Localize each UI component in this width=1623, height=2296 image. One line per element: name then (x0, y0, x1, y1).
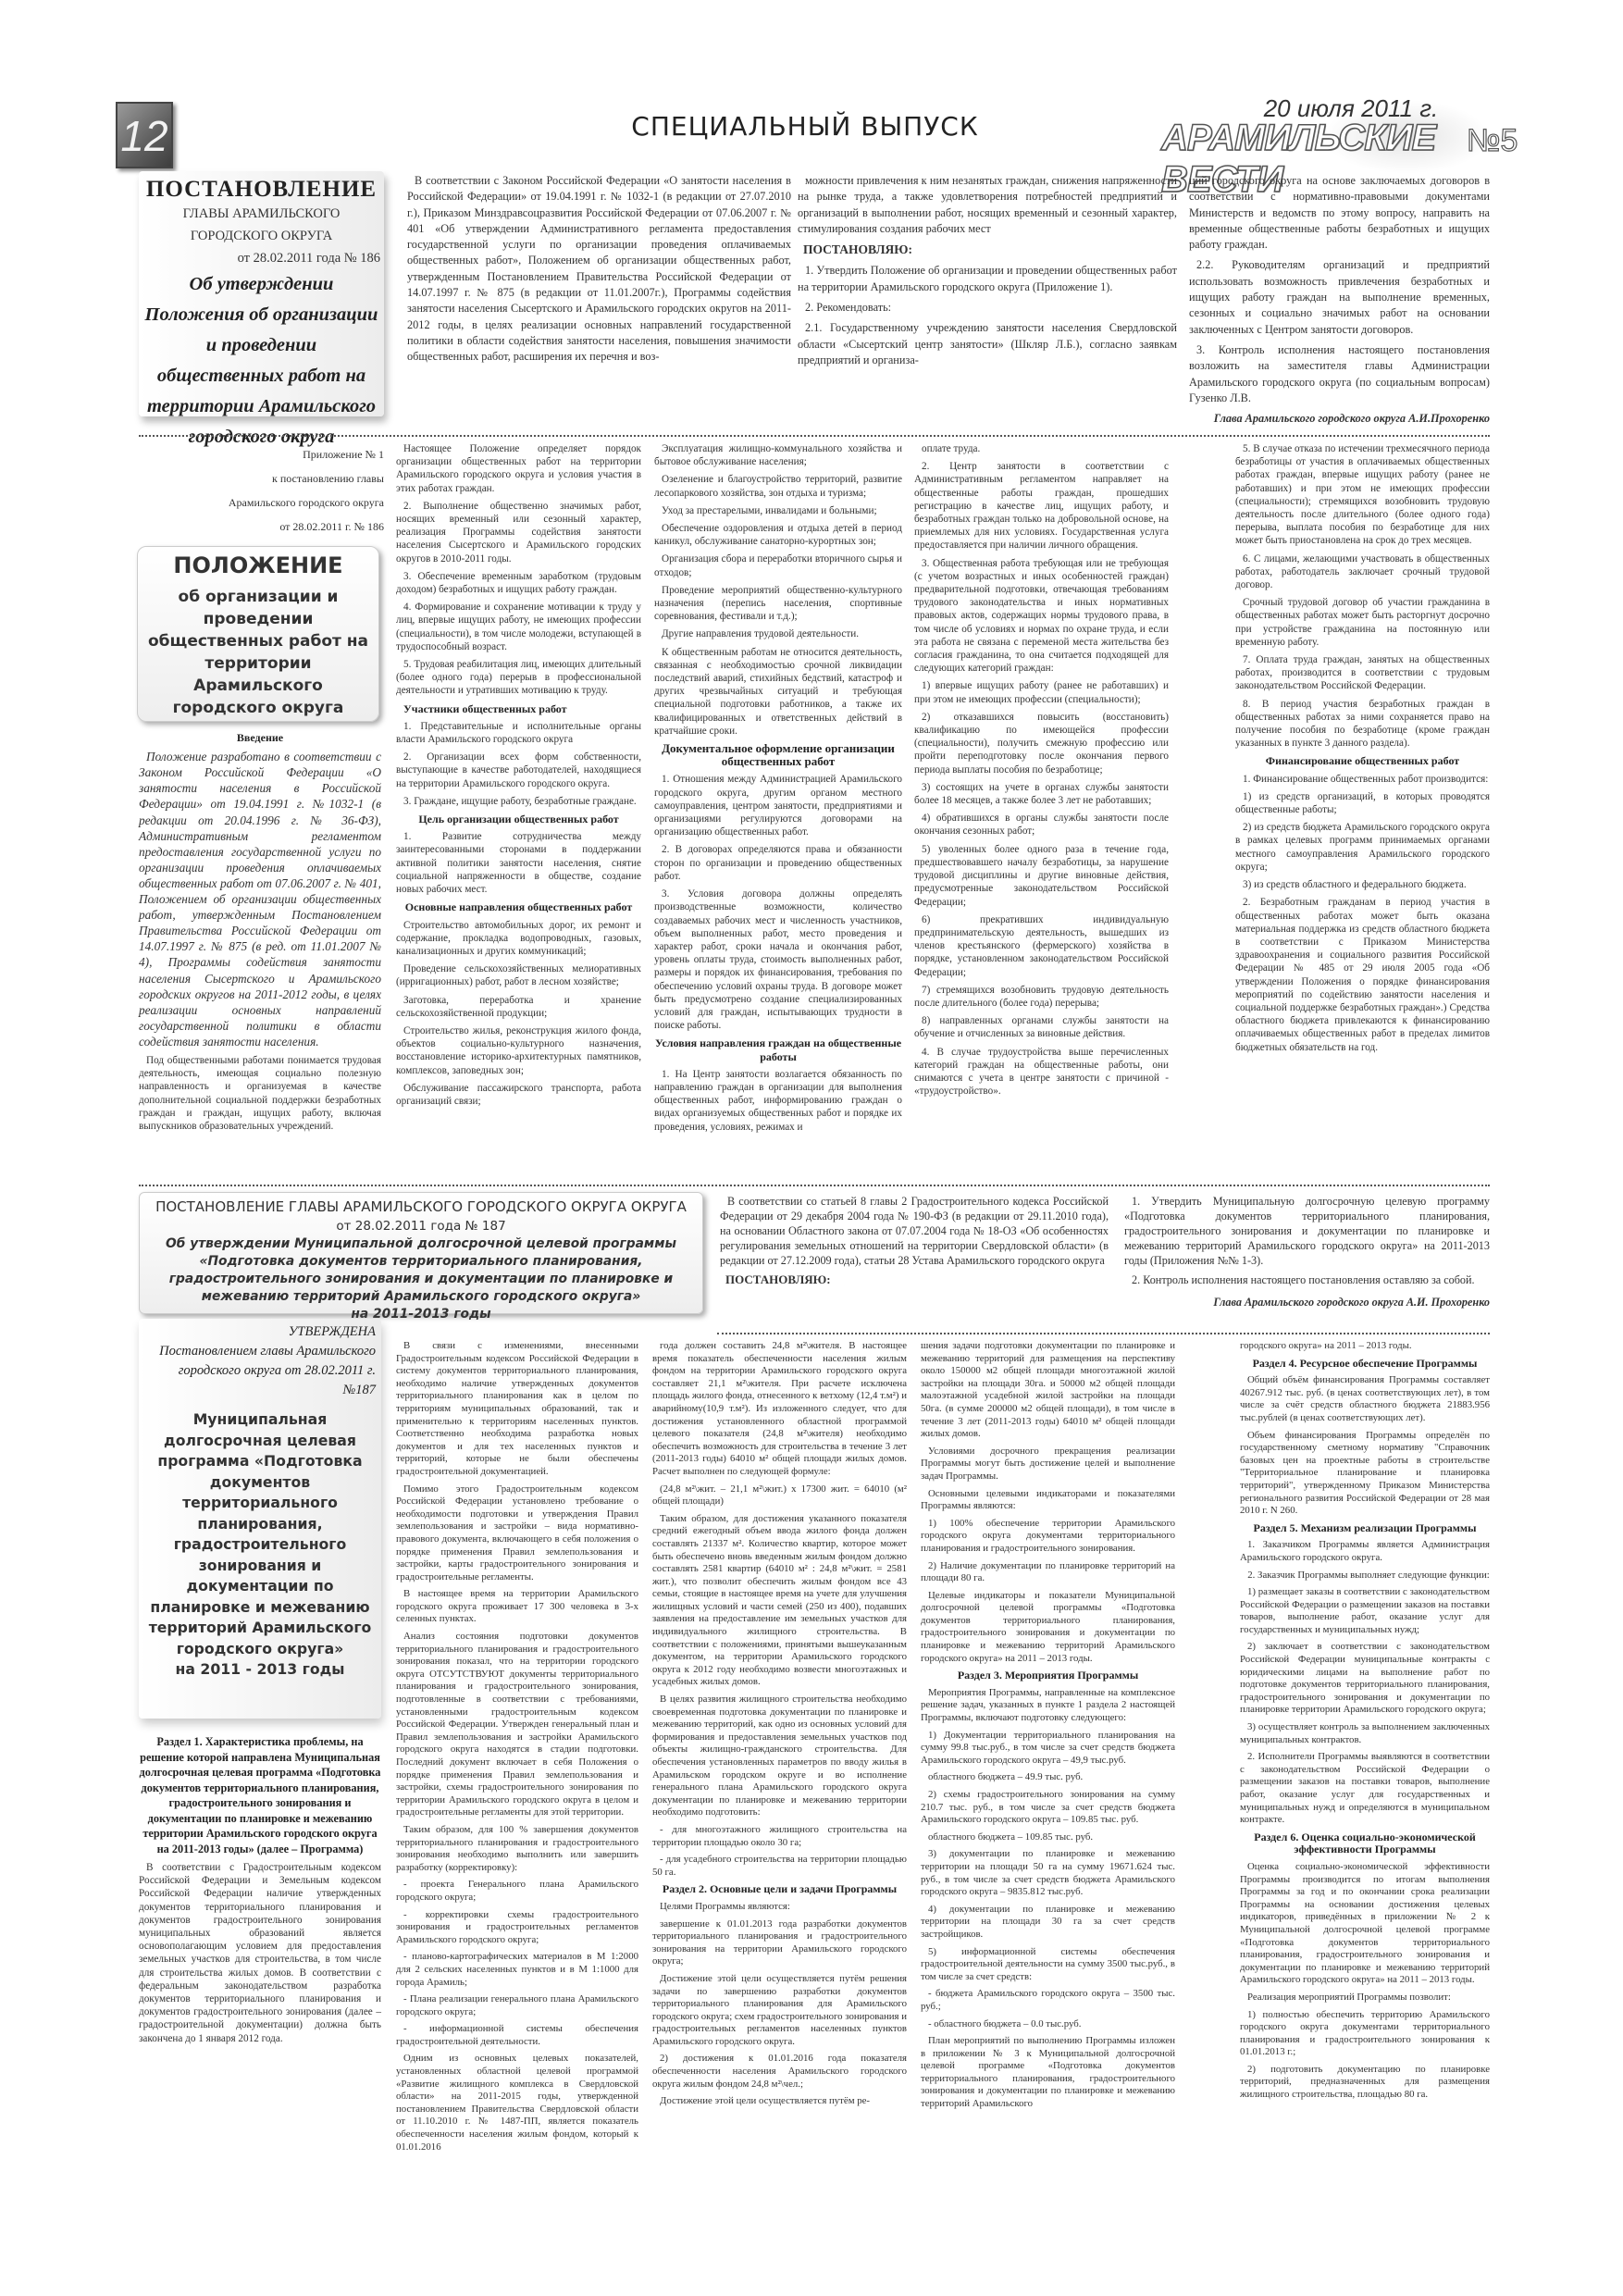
conditions-item: 1) впервые ищущих работу (ранее не работ… (914, 679, 1169, 705)
section-5-item: 2. Исполнители Программы выявляются в со… (1240, 1751, 1490, 1827)
directions-item: Обеспечение оздоровления и отдыха детей … (654, 522, 902, 548)
financing-item: 2. Безработным гражданам в период участи… (1235, 896, 1490, 1053)
conditions-item: 4. В случае трудоустройства выше перечис… (914, 1046, 1169, 1098)
decree-item-2-1-cont: ций городского округа на основе заключае… (1189, 173, 1490, 253)
section-2-item: Основными целевыми индикаторами и показа… (921, 1488, 1175, 1513)
goals-item: 4. Формирование и сохранение мотивации к… (396, 601, 641, 653)
directions-item: Уход за престарелыми, инвалидами и больн… (654, 504, 902, 517)
section-1-paragraph: - для усадебного строительства на террит… (652, 1854, 907, 1879)
section-3-heading: Раздел 3. Мероприятия Программы (921, 1669, 1175, 1682)
financing-item: 2) из средств бюджета Арамильского город… (1235, 821, 1490, 874)
decree-item-2: 2. Рекомендовать: (798, 300, 1177, 316)
participants-item: 3. Граждане, ищущие работу, безработные … (396, 795, 641, 808)
section-1-paragraph: - планово-картографических материалов в … (396, 1951, 638, 1989)
program-title: Муниципальная долгосрочная целевая прогр… (144, 1409, 376, 1659)
section-1-paragraph: В настоящее время на территории Арамильс… (396, 1588, 638, 1626)
section-1-paragraph: Анализ состояния подготовки документов т… (396, 1631, 638, 1819)
program-column-1: Раздел 1. Характеристика проблемы, на ре… (139, 1731, 381, 2050)
program-years: на 2011 - 2013 годы (144, 1659, 376, 1681)
documentation-item: 2. В договорах определяются права и обяз… (654, 843, 902, 883)
section-divider (717, 1333, 1490, 1334)
decree-issuer-line2: ГОРОДСКОГО ОКРУГА (142, 225, 380, 247)
section-1-paragraph: В целях развития жилищного строительства… (652, 1694, 907, 1819)
section-2-item: завершение к 01.01.2013 года разработки … (652, 1918, 907, 1968)
program-column-4: шения задачи подготовки документации по … (921, 1340, 1175, 2116)
issue-number: №5 (1467, 123, 1518, 159)
program-title-box: УТВЕРЖДЕНА Постановлением главы Арамильс… (139, 1319, 381, 1719)
appendix-column-4: оплате труда. 2. Центр занятости в соотв… (914, 442, 1169, 1102)
section-3-item: - бюджета Арамильского городского округа… (921, 1988, 1175, 2013)
documentation-item: 1. Отношения между Администрацией Арамил… (654, 773, 902, 838)
decree-187-resolve: ПОСТАНОВЛЯЮ: (725, 1272, 1109, 1287)
section-3-item: областного бюджета – 109.85 тыс. руб. (921, 1831, 1175, 1844)
documentation-item: 3. Условия договора должны определять пр… (654, 887, 902, 1032)
regulation-title: ПОЛОЖЕНИЕ (143, 551, 373, 580)
section-6-item: 1) полностью обеспечить территорию Арами… (1240, 2009, 1490, 2059)
conditions-item: 6. С лицами, желающими участвовать в общ… (1235, 552, 1490, 592)
goals-item: 5. Трудовая реабилитация лиц, имеющих дл… (396, 658, 641, 698)
section-1-paragraph: - информационной системы обеспечения гра… (396, 2023, 638, 2048)
goals-item: 2. Выполнение общественно значимых работ… (396, 500, 641, 565)
directions-item: Организация сбора и переработки вторично… (654, 552, 902, 578)
decree-heading: ПОСТАНОВЛЕНИЕ (142, 177, 380, 203)
decree-187-date: от 28.02.2011 года № 187 (147, 1217, 695, 1235)
participants-item: 1. Представительные и исполнительные орг… (396, 720, 641, 746)
section-2-item: Достижение этой цели осуществляется путё… (652, 2095, 907, 2108)
decree-187-item-2: 2. Контроль исполнения настоящего постан… (1124, 1272, 1490, 1287)
appendix-ref-line2: к постановлению главы (148, 466, 384, 490)
directions-item: Заготовка, переработка и хранение сельск… (396, 994, 641, 1020)
section-1-paragraph: Одним из основных целевых показателей, у… (396, 2053, 638, 2153)
section-4-heading: Раздел 4. Ресурсное обеспечение Программ… (1240, 1358, 1490, 1371)
program-approved-by: Постановлением главы Арамильского городс… (144, 1342, 376, 1400)
intro-italic-text: Положение разработано в соответствии с З… (139, 749, 381, 1049)
appendix-column-3: Эксплуатация жилищно-коммунального хозяй… (654, 442, 902, 1138)
financing-item: 1) из средств организаций, в которых про… (1235, 790, 1490, 816)
section-6-item: Реализация мероприятий Программы позволи… (1240, 1992, 1490, 2004)
conditions-item: 5) уволенных более одного раза в течение… (914, 843, 1169, 909)
decree-issuer-line1: ГЛАВЫ АРАМИЛЬСКОГО (142, 203, 380, 225)
section-2-item: 2) достижения к 01.01.2016 года показате… (652, 2053, 907, 2091)
conditions-item: 4) обратившихся в органы службы занятост… (914, 812, 1169, 838)
decree-187-heading: ПОСТАНОВЛЕНИЕ ГЛАВЫ АРАМИЛЬСКОГО ГОРОДСК… (147, 1197, 695, 1217)
section-1-heading: Раздел 1. Характеристика проблемы, на ре… (139, 1734, 381, 1856)
decree-187-preamble: В соответствии со статьей 8 главы 2 Град… (720, 1194, 1109, 1268)
section-3-cont: городского округа» на 2011 – 2013 годы. (1240, 1340, 1490, 1353)
decree-187-preamble-column: В соответствии со статьей 8 главы 2 Град… (720, 1194, 1109, 1292)
decree-187-title: Об утверждении Муниципальной долгосрочно… (147, 1235, 695, 1306)
directions-item: Другие направления трудовой деятельности… (654, 627, 902, 640)
section-1-paragraph: В связи с изменениями, внесенными Градос… (396, 1340, 638, 1479)
participants-item: 2. Организации всех форм собственности, … (396, 751, 641, 790)
decree-187-signature: Глава Арамильского городского округа А.И… (1124, 1295, 1490, 1309)
appendix-column-5: 5. В случае отказа по истечении трехмеся… (1235, 442, 1490, 1059)
section-1-paragraph: Помимо этого Градостроительным кодексом … (396, 1483, 638, 1584)
decree-item-2-1: 2.1. Государственному учреждению занятос… (798, 320, 1177, 368)
section-2-item: Достижение этой цели осуществляется путё… (652, 1973, 907, 2049)
directions-item: Озеленение и благоустройство территорий,… (654, 473, 902, 499)
section-6-heading: Раздел 6. Оценка социально-экономической… (1240, 1831, 1490, 1856)
directions-item: Строительство автомобильных дорог, их ре… (396, 919, 641, 959)
intro-heading: Введение (139, 731, 381, 744)
appendix-ref-line3: Арамильского городского округа (148, 490, 384, 515)
financing-item: 1. Финансирование общественных работ про… (1235, 773, 1490, 786)
decree-preamble-cont: можности привлечения к ним незанятых гра… (798, 173, 1177, 237)
conditions-item: Срочный трудовой договор об участии граж… (1235, 596, 1490, 649)
participants-heading: Участники общественных работ (403, 702, 641, 715)
decree-title: Об утверждении Положения об организации … (142, 269, 380, 453)
decree-signature: Глава Арамильского городского округа А.И… (1189, 411, 1490, 427)
appendix-reference: Приложение № 1 к постановлению главы Ара… (148, 442, 384, 539)
program-approved: УТВЕРЖДЕНА (144, 1322, 376, 1342)
conditions-item: 8. В период участия безработных граждан … (1235, 698, 1490, 751)
directions-item: Проведение сельскохозяйственных мелиорат… (396, 962, 641, 988)
regulation-title-box: ПОЛОЖЕНИЕ об организации и проведении об… (137, 546, 379, 722)
section-2-item: Целями Программы являются: (652, 1901, 907, 1914)
section-5-item: 2. Заказчик Программы выполняет следующи… (1240, 1570, 1490, 1582)
directions-item: Обслуживание пассажирского транспорта, р… (396, 1082, 641, 1108)
decree-item-1: 1. Утвердить Положение об организации и … (798, 263, 1177, 295)
conditions-item: 5. В случае отказа по истечении трехмеся… (1235, 442, 1490, 548)
directions-exclusion: К общественным работам не относится деят… (654, 646, 902, 738)
section-3-item: - областного бюджета – 0.0 тыс.руб. (921, 2018, 1175, 2031)
decree-186-header-box: ПОСТАНОВЛЕНИЕ ГЛАВЫ АРАМИЛЬСКОГО ГОРОДСК… (139, 171, 384, 416)
section-6-item: 2) подготовить документацию по планировк… (1240, 2064, 1490, 2102)
section-divider (139, 435, 1490, 437)
decree-preamble: В соответствии с Законом Российской Феде… (407, 173, 791, 366)
decree-186-column-3: ций городского округа на основе заключае… (1189, 173, 1490, 431)
section-divider (139, 1185, 1490, 1186)
decree-187-item-1: 1. Утвердить Муниципальную долгосрочную … (1124, 1194, 1490, 1268)
conditions-item: 6) прекративших индивидуальную предприни… (914, 913, 1169, 979)
section-3-item: 5) информационной системы обеспечения гр… (921, 1946, 1175, 1984)
section-5-item: 1) размещает заказы в соответствии с зак… (1240, 1586, 1490, 1636)
section-3-item: 1) Документации территориального планиро… (921, 1730, 1175, 1768)
page-number: 12 (116, 102, 173, 168)
conditions-item: 3. Общественная работа требующая или не … (914, 557, 1169, 676)
section-1-paragraph: - Плана реализации генерального плана Ар… (396, 1993, 638, 2018)
section-5-item: 3) осуществляет контроль за выполнением … (1240, 1721, 1490, 1746)
goals-item: Настоящее Положение определяет порядок о… (396, 442, 641, 495)
section-5-item: 2) заключает в соответствии с законодате… (1240, 1641, 1490, 1717)
housing-formula: (24,8 м²\жит. – 21,1 м²\жит.) х 17300 жи… (652, 1483, 907, 1508)
financing-heading: Финансирование общественных работ (1235, 754, 1490, 767)
goal-text: 1. Развитие сотрудничества между заинтер… (396, 830, 641, 896)
decree-item-2-2: 2.2. Руководителям организаций и предпри… (1189, 257, 1490, 337)
decree-186-column-1: В соответствии с Законом Российской Феде… (407, 173, 791, 370)
conditions-item: 7) стремящихся возобновить трудовую деят… (914, 984, 1169, 1010)
appendix-ref-line1: Приложение № 1 (148, 442, 384, 466)
decree-item-3: 3. Контроль исполнения настоящего постан… (1189, 342, 1490, 406)
section-1-paragraph: - проекта Генерального плана Арамильског… (396, 1879, 638, 1904)
section-6-item: Оценка социально-экономической эффективн… (1240, 1861, 1490, 1987)
decree-186-column-2: можности привлечения к ним незанятых гра… (798, 173, 1177, 373)
directions-heading: Основные направления общественных работ (396, 900, 641, 913)
conditions-item: 3) состоящих на учете в органах службы з… (914, 781, 1169, 807)
program-column-3: года должен составить 24,8 м²\жителя. В … (652, 1340, 907, 2113)
goal-heading: Цель организации общественных работ (396, 813, 641, 825)
section-3-item: областного бюджета – 49.9 тыс. руб. (921, 1771, 1175, 1784)
program-column-2: В связи с изменениями, внесенными Градос… (396, 1340, 638, 2158)
section-1-paragraph: - корректировки схемы градостроительного… (396, 1909, 638, 1947)
program-column-5: городского округа» на 2011 – 2013 годы. … (1240, 1340, 1490, 2106)
decree-187-header-box: ПОСТАНОВЛЕНИЕ ГЛАВЫ АРАМИЛЬСКОГО ГОРОДСК… (139, 1192, 703, 1314)
intro-text: Под общественными работами понимается тр… (139, 1054, 381, 1133)
section-3-item: 4) документации по планировке и межевани… (921, 1904, 1175, 1942)
section-3-item: План мероприятий по выполнению Программы… (921, 2035, 1175, 2111)
section-5-item: 1. Заказчиком Программы является Админис… (1240, 1539, 1490, 1564)
section-3-item: 3) документации по планировке и межевани… (921, 1848, 1175, 1898)
section-3-item: 2) схемы градостроительного зонирования … (921, 1789, 1175, 1827)
directions-item: Эксплуатация жилищно-коммунального хозяй… (654, 442, 902, 468)
section-1-paragraph: Таким образом, для 100 % завершения доку… (396, 1824, 638, 1874)
appendix-ref-line4: от 28.02.2011 г. № 186 (148, 515, 384, 539)
conditions-item: 8) направленных органами службы занятост… (914, 1014, 1169, 1040)
section-4-item: Объем финансирования Программы определён… (1240, 1430, 1490, 1518)
goals-item: 3. Обеспечение временным заработком (тру… (396, 570, 641, 596)
section-2-heading: Раздел 2. Основные цели и задачи Програм… (652, 1883, 907, 1896)
section-4-item: Общий объём финансирования Программы сос… (1240, 1374, 1490, 1424)
section-1-paragraph: Таким образом, для достижения указанного… (652, 1513, 907, 1689)
section-1-text: В соответствии с Градостроительным кодек… (139, 1861, 381, 2045)
directions-item: Строительство жилья, реконструкция жилог… (396, 1024, 641, 1077)
conditions-item: 2. Центр занятости в соответствии с Адми… (914, 460, 1169, 552)
issue-title: СПЕЦИАЛЬНЫЙ ВЫПУСК (518, 111, 1092, 142)
financing-item: 3) из средств областного и федерального … (1235, 878, 1490, 891)
conditions-item: оплате труда. (914, 442, 1169, 455)
appendix-column-2: Настоящее Положение определяет порядок о… (396, 442, 641, 1112)
section-2-item: Условиями досрочного прекращения реализа… (921, 1446, 1175, 1483)
section-2-item: 2) Наличие документации по планировке те… (921, 1560, 1175, 1585)
decree-date-number: от 28.02.2011 года № 186 (142, 247, 380, 269)
directions-item: Проведение мероприятий общественно-культ… (654, 584, 902, 624)
conditions-text: 1. На Центр занятости возлагается обязан… (654, 1068, 902, 1134)
section-5-heading: Раздел 5. Механизм реализации Программы (1240, 1522, 1490, 1535)
section-1-paragraph: - для многоэтажного жилищного строительс… (652, 1824, 907, 1849)
section-2-item: шения задачи подготовки документации по … (921, 1340, 1175, 1441)
section-2-item: Целевые индикаторы и показатели Муниципа… (921, 1590, 1175, 1666)
regulation-subtitle: об организации и проведении общественных… (143, 586, 373, 719)
conditions-heading: Условия направления граждан на обществен… (654, 1036, 902, 1062)
decree-187-items-column: 1. Утвердить Муниципальную долгосрочную … (1124, 1194, 1490, 1314)
section-3-item: Мероприятия Программы, направленные на к… (921, 1687, 1175, 1725)
documentation-heading: Документальное оформление организации об… (654, 742, 902, 768)
appendix-column-1: Введение Положение разработано в соответ… (139, 727, 381, 1137)
section-2-item: 1) 100% обеспечение территории Арамильск… (921, 1518, 1175, 1556)
conditions-item: 2) отказавшихся повысить (восстановить) … (914, 711, 1169, 776)
conditions-item: 7. Оплата труда граждан, занятых на обще… (1235, 653, 1490, 693)
section-1-paragraph: года должен составить 24,8 м²\жителя. В … (652, 1340, 907, 1479)
decree-resolve: ПОСТАНОВЛЯЮ: (803, 242, 1177, 257)
